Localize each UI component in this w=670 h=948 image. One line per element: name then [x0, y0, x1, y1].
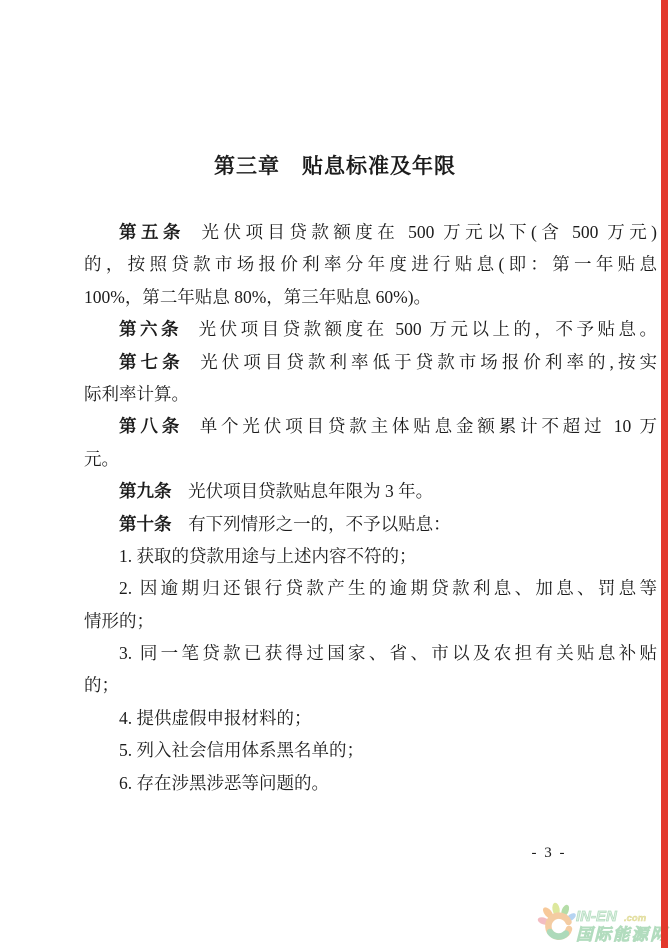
text-line: 4. 提供虚假申报材料的； [84, 702, 657, 734]
text-line: 6. 存在涉黑涉恶等问题的。 [84, 767, 657, 799]
text-line: 第九条光伏项目贷款贴息年限为 3 年。 [84, 475, 657, 507]
line-text: 单个光伏项目贷款主体贴息金额累计不超过 10 万 [200, 416, 657, 436]
line-text: 情形的； [84, 611, 154, 631]
chapter-title: 第三章 贴息标准及年限 [0, 150, 670, 180]
text-line: 100%，第二年贴息 80%，第三年贴息 60%)。 [84, 281, 657, 313]
document-lines: 第五条光伏项目贷款额度在 500 万元以下(含 500 万元)的，按照贷款市场报… [84, 216, 657, 799]
text-line: 3. 同一笔贷款已获得过国家、省、市以及农担有关贴息补贴 [84, 637, 657, 669]
article-label: 第十条 [119, 514, 172, 534]
line-text: 1. 获取的贷款用途与上述内容不符的； [119, 546, 417, 566]
article-label: 第七条 [119, 352, 184, 372]
line-text: 光伏项目贷款额度在 500 万元以下(含 500 万元) [202, 222, 657, 242]
article-label: 第六条 [119, 319, 182, 339]
in-en-logo-icon: IN-EN .com 国际能源网 [536, 896, 670, 948]
line-text: 的，按照贷款市场报价利率分年度进行贴息(即：第一年贴息 [84, 254, 657, 274]
line-text: 3. 同一笔贷款已获得过国家、省、市以及农担有关贴息补贴 [119, 643, 657, 663]
text-line: 的，按照贷款市场报价利率分年度进行贴息(即：第一年贴息 [84, 248, 657, 280]
article-label: 第九条 [119, 481, 172, 501]
text-line: 5. 列入社会信用体系黑名单的； [84, 734, 657, 766]
line-text: 6. 存在涉黑涉恶等问题的。 [119, 773, 329, 793]
line-text: 际利率计算。 [84, 384, 189, 404]
text-line: 2. 因逾期归还银行贷款产生的逾期贷款利息、加息、罚息等 [84, 572, 657, 604]
text-line: 第十条有下列情形之一的，不予以贴息： [84, 508, 657, 540]
line-text: 有下列情形之一的，不予以贴息： [188, 514, 451, 534]
text-line: 第六条光伏项目贷款额度在 500 万元以上的，不予贴息。 [84, 313, 657, 345]
right-edge-red-bar [661, 0, 668, 948]
text-line: 第七条光伏项目贷款利率低于贷款市场报价利率的,按实 [84, 346, 657, 378]
document-page: 第三章 贴息标准及年限 第五条光伏项目贷款额度在 500 万元以下(含 500 … [0, 0, 670, 948]
logo-swirl [548, 916, 569, 937]
page-number: - 3 - [514, 845, 584, 862]
line-text: 光伏项目贷款贴息年限为 3 年。 [188, 481, 433, 501]
line-text: 4. 提供虚假申报材料的； [119, 708, 312, 728]
text-line: 情形的； [84, 605, 657, 637]
text-line: 元。 [84, 443, 657, 475]
text-line: 的； [84, 669, 657, 701]
line-text: 5. 列入社会信用体系黑名单的； [119, 740, 364, 760]
watermark-site-cn: 国际能源网 [576, 925, 670, 944]
text-line: 1. 获取的贷款用途与上述内容不符的； [84, 540, 657, 572]
text-line: 第五条光伏项目贷款额度在 500 万元以下(含 500 万元) [84, 216, 657, 248]
text-line: 际利率计算。 [84, 378, 657, 410]
line-text: 的； [84, 675, 119, 695]
line-text: 2. 因逾期归还银行贷款产生的逾期贷款利息、加息、罚息等 [119, 578, 657, 598]
article-label: 第八条 [119, 416, 183, 436]
line-text: 100%，第二年贴息 80%，第三年贴息 60%)。 [84, 287, 431, 307]
watermark-site-tld: .com [624, 913, 647, 924]
article-label: 第五条 [119, 222, 185, 242]
line-text: 光伏项目贷款额度在 500 万元以上的，不予贴息。 [199, 319, 657, 339]
text-line: 第八条单个光伏项目贷款主体贴息金额累计不超过 10 万 [84, 410, 657, 442]
watermark-site-name: IN-EN [576, 908, 618, 925]
line-text: 光伏项目贷款利率低于贷款市场报价利率的,按实 [200, 352, 657, 372]
line-text: 元。 [84, 449, 119, 469]
